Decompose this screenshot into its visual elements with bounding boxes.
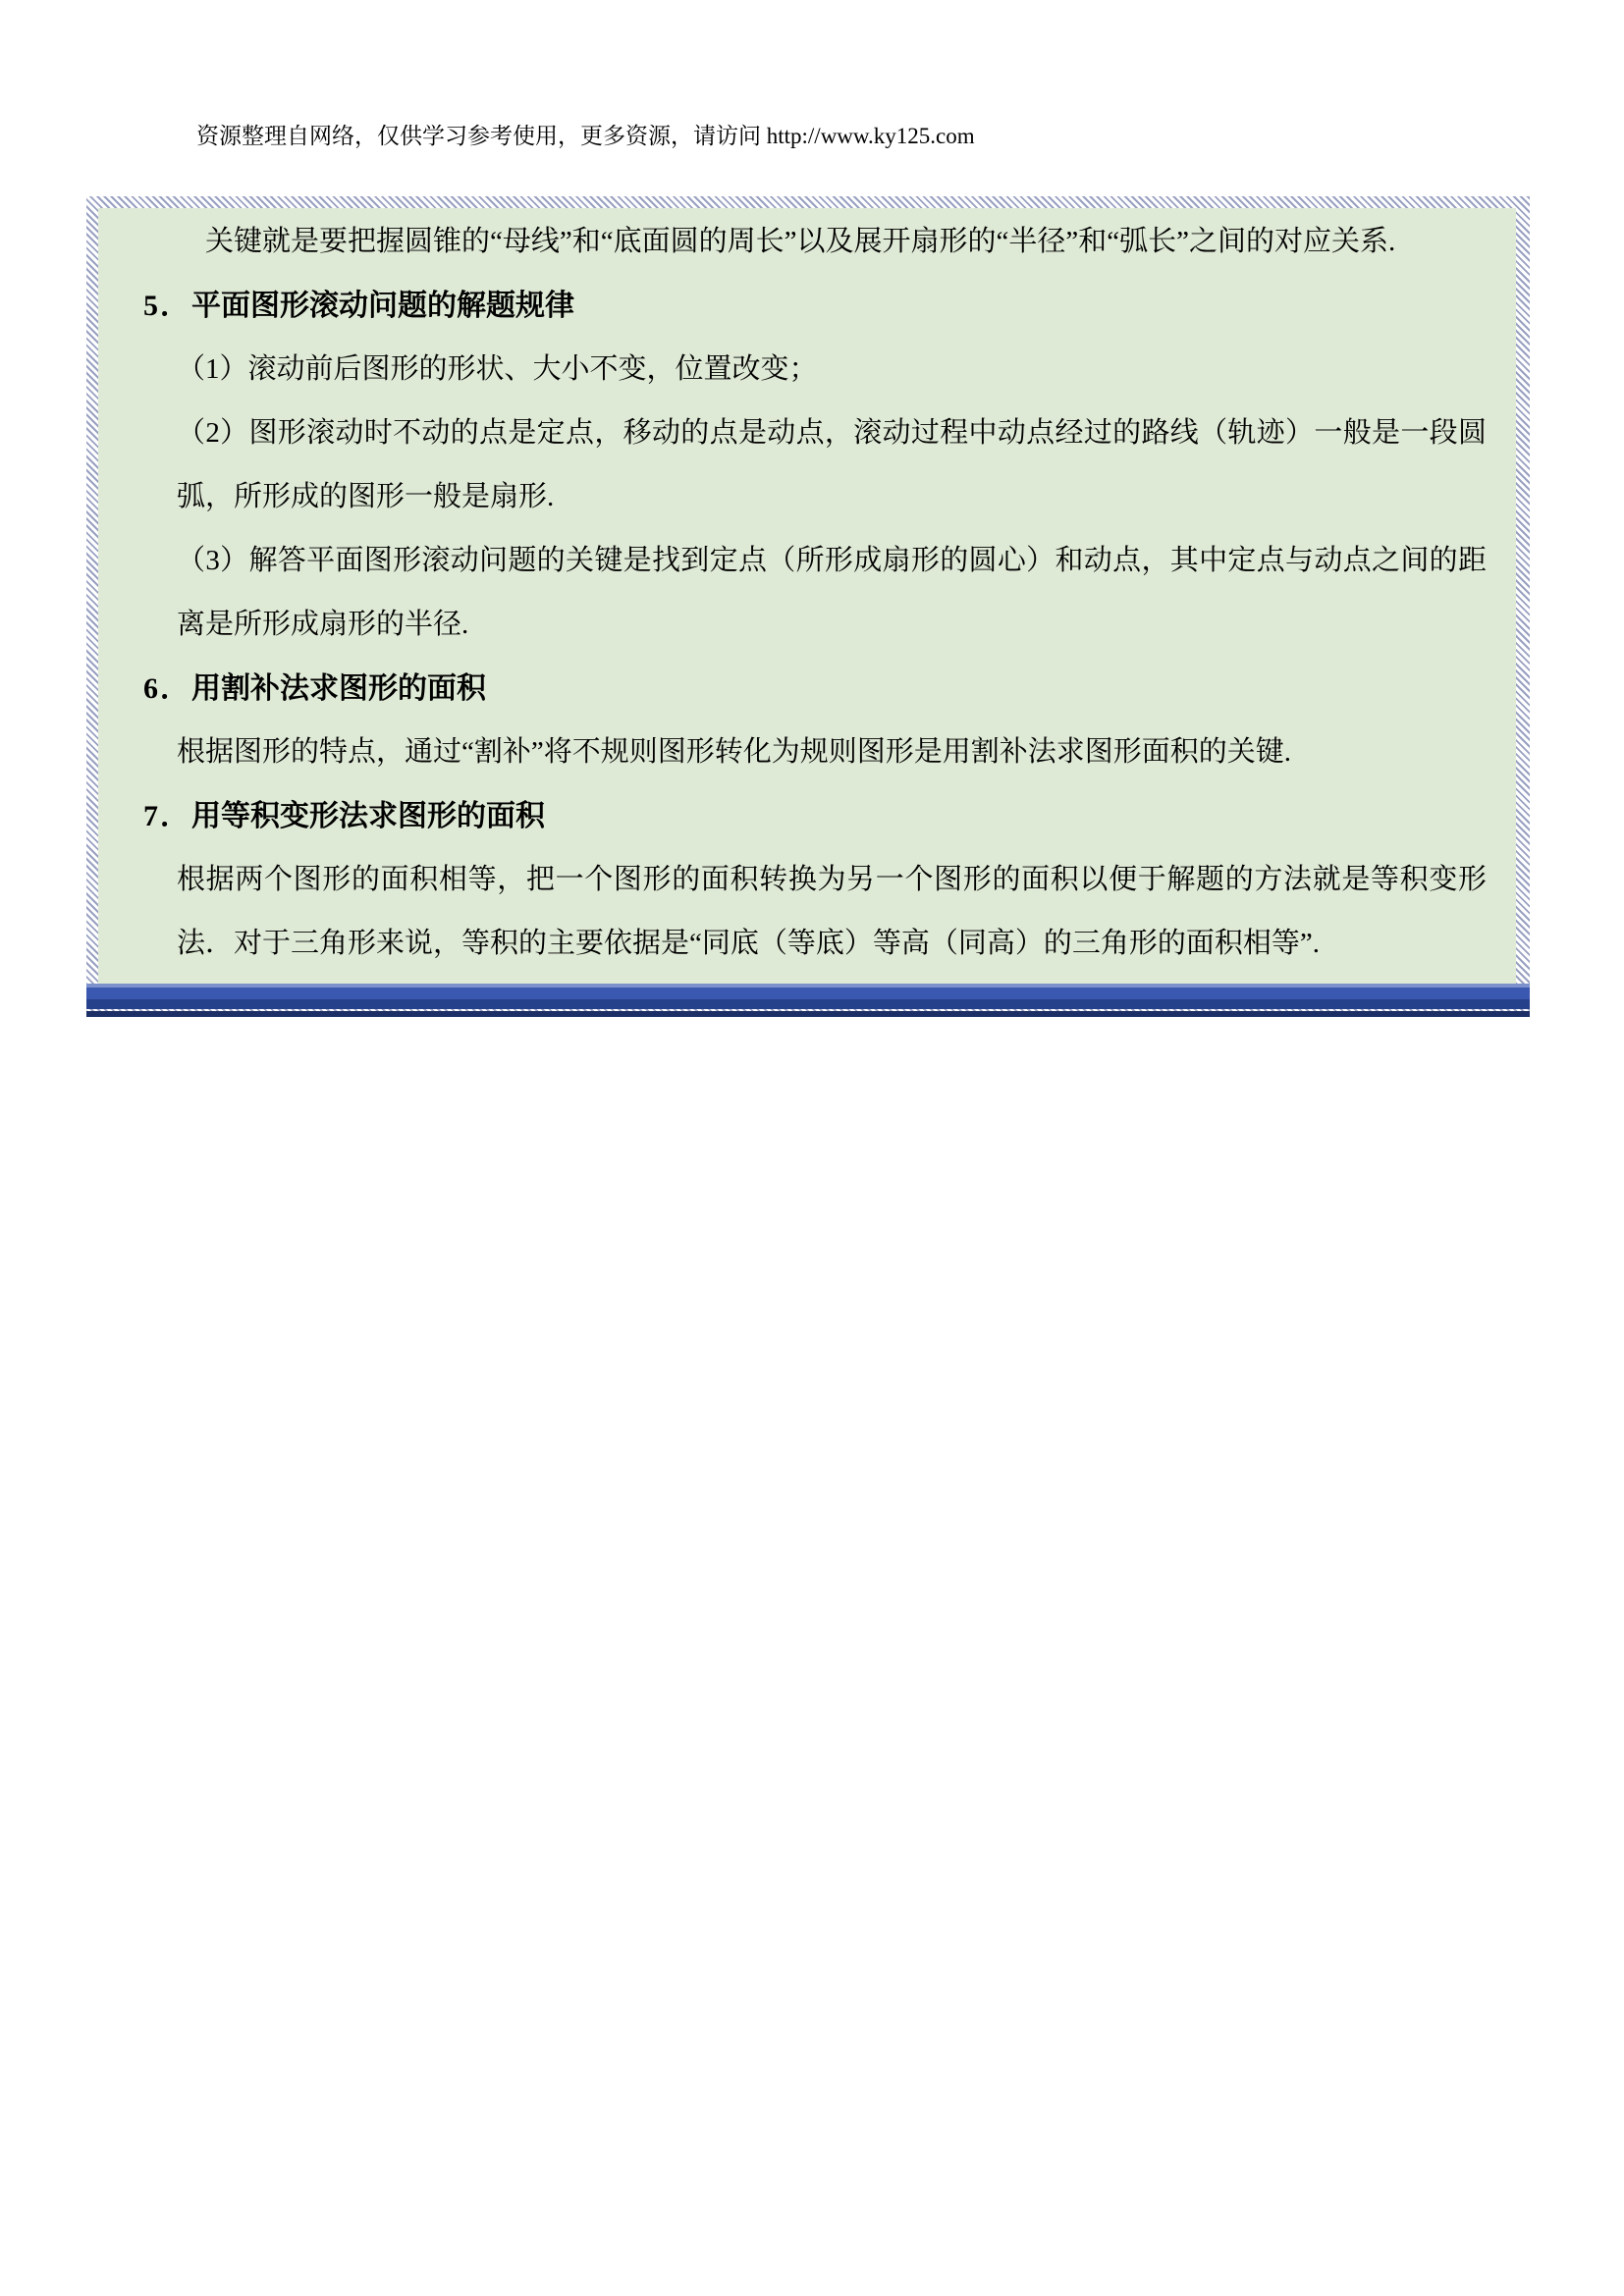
panel-body: 关键就是要把握圆锥的“母线”和“底面圆的周长”以及展开扇形的“半径”和“弧长”之…	[98, 208, 1516, 984]
section-7-paragraph: 根据两个图形的面积相等，把一个图形的面积转换为另一个图形的面积以便于解题的方法就…	[177, 848, 1487, 976]
section-heading-6: 6．用割补法求图形的面积	[143, 657, 1487, 721]
section-number: 5．	[143, 290, 191, 322]
section-title: 平面图形滚动问题的解题规律	[191, 290, 574, 322]
document-page: { "header": { "note": "资源整理自网络，仅供学习参考使用，…	[0, 0, 1624, 2296]
list-item-3: （3）解答平面图形滚动问题的关键是找到定点（所形成扇形的圆心）和动点，其中定点与…	[177, 529, 1487, 657]
section-heading-5: 5．平面图形滚动问题的解题规律	[143, 274, 1487, 338]
section-number: 7．	[143, 800, 191, 832]
header-note: 资源整理自网络，仅供学习参考使用，更多资源，请访问 http://www.ky1…	[196, 118, 975, 150]
section-number: 6．	[143, 672, 191, 705]
content-panel: 关键就是要把握圆锥的“母线”和“底面圆的周长”以及展开扇形的“半径”和“弧长”之…	[86, 196, 1530, 1017]
section-6-paragraph: 根据图形的特点，通过“割补”将不规则图形转化为规则图形是用割补法求图形面积的关键…	[177, 721, 1487, 784]
intro-paragraph: 关键就是要把握圆锥的“母线”和“底面圆的周长”以及展开扇形的“半径”和“弧长”之…	[177, 210, 1487, 274]
panel-bottom-bar	[86, 984, 1530, 1009]
section-title: 用等积变形法求图形的面积	[191, 800, 545, 832]
list-item-2: （2）图形滚动时不动的点是定点，移动的点是动点，滚动过程中动点经过的路线（轨迹）…	[177, 401, 1487, 529]
section-title: 用割补法求图形的面积	[191, 672, 486, 705]
list-item-1: （1）滚动前后图形的形状、大小不变，位置改变；	[177, 338, 1487, 401]
section-heading-7: 7．用等积变形法求图形的面积	[143, 784, 1487, 848]
panel-bottom-underline	[86, 1011, 1530, 1017]
